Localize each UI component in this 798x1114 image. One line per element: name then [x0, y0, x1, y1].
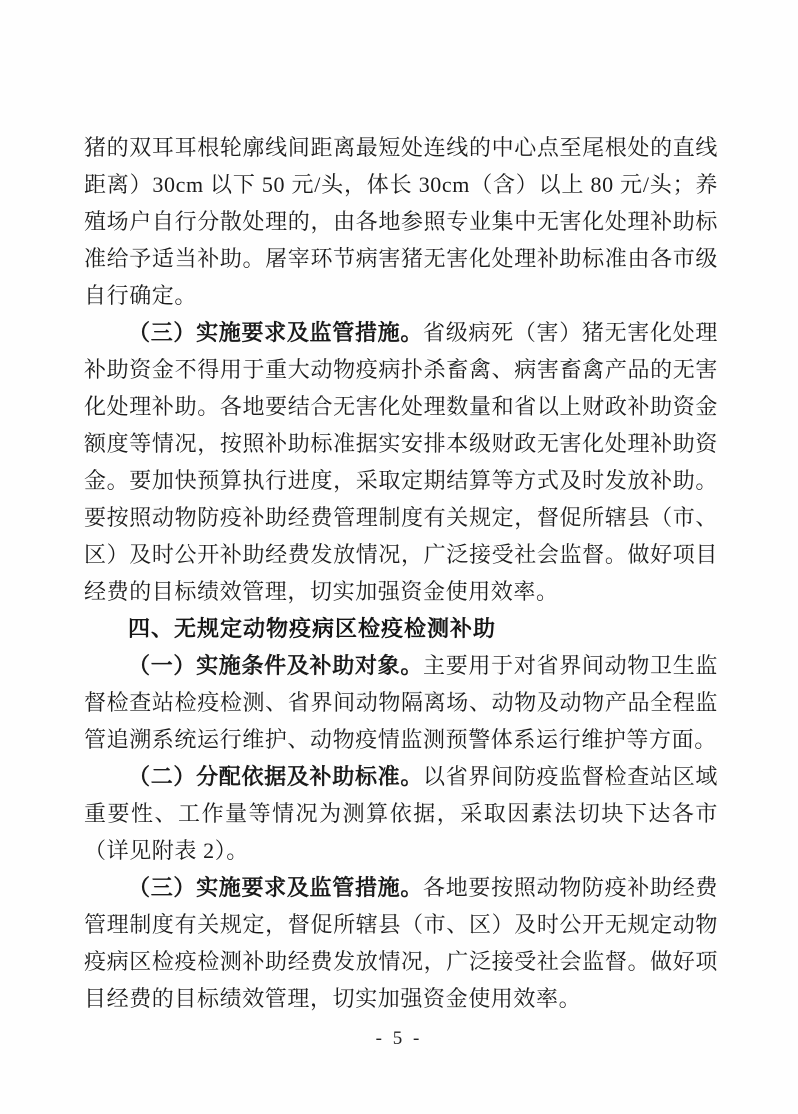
paragraph-text: 猪的双耳耳根轮廓线间距离最短处连线的中心点至尾根处的直线距离）30cm 以下 5…	[84, 135, 718, 308]
paragraph-section-three-carcass: （三）实施要求及监管措施。省级病死（害）猪无害化处理补助资金不得用于重大动物疫病…	[84, 314, 718, 610]
paragraph-continuation: 猪的双耳耳根轮廓线间距离最短处连线的中心点至尾根处的直线距离）30cm 以下 5…	[84, 129, 718, 314]
paragraph-lead: （一）实施条件及补助对象。	[128, 653, 423, 678]
paragraph-lead: （三）实施要求及监管措施。	[128, 320, 423, 345]
paragraph-lead: （二）分配依据及补助标准。	[128, 764, 423, 789]
section-heading-four: 四、无规定动物疫病区检疫检测补助	[84, 610, 718, 647]
document-page: 猪的双耳耳根轮廓线间距离最短处连线的中心点至尾根处的直线距离）30cm 以下 5…	[0, 0, 798, 1114]
page-number: - 5 -	[0, 1028, 798, 1050]
paragraph-lead: （三）实施要求及监管措施。	[128, 875, 423, 900]
paragraph-text: 省级病死（害）猪无害化处理补助资金不得用于重大动物疫病扑杀畜禽、病害畜禽产品的无…	[84, 320, 718, 604]
paragraph-item-two: （二）分配依据及补助标准。以省界间防疫监督检查站区域重要性、工作量等情况为测算依…	[84, 758, 718, 869]
paragraph-item-one: （一）实施条件及补助对象。主要用于对省界间动物卫生监督检查站检疫检测、省界间动物…	[84, 647, 718, 758]
paragraph-item-three: （三）实施要求及监管措施。各地要按照动物防疫补助经费管理制度有关规定，督促所辖县…	[84, 869, 718, 1017]
document-body: 猪的双耳耳根轮廓线间距离最短处连线的中心点至尾根处的直线距离）30cm 以下 5…	[84, 129, 718, 1017]
